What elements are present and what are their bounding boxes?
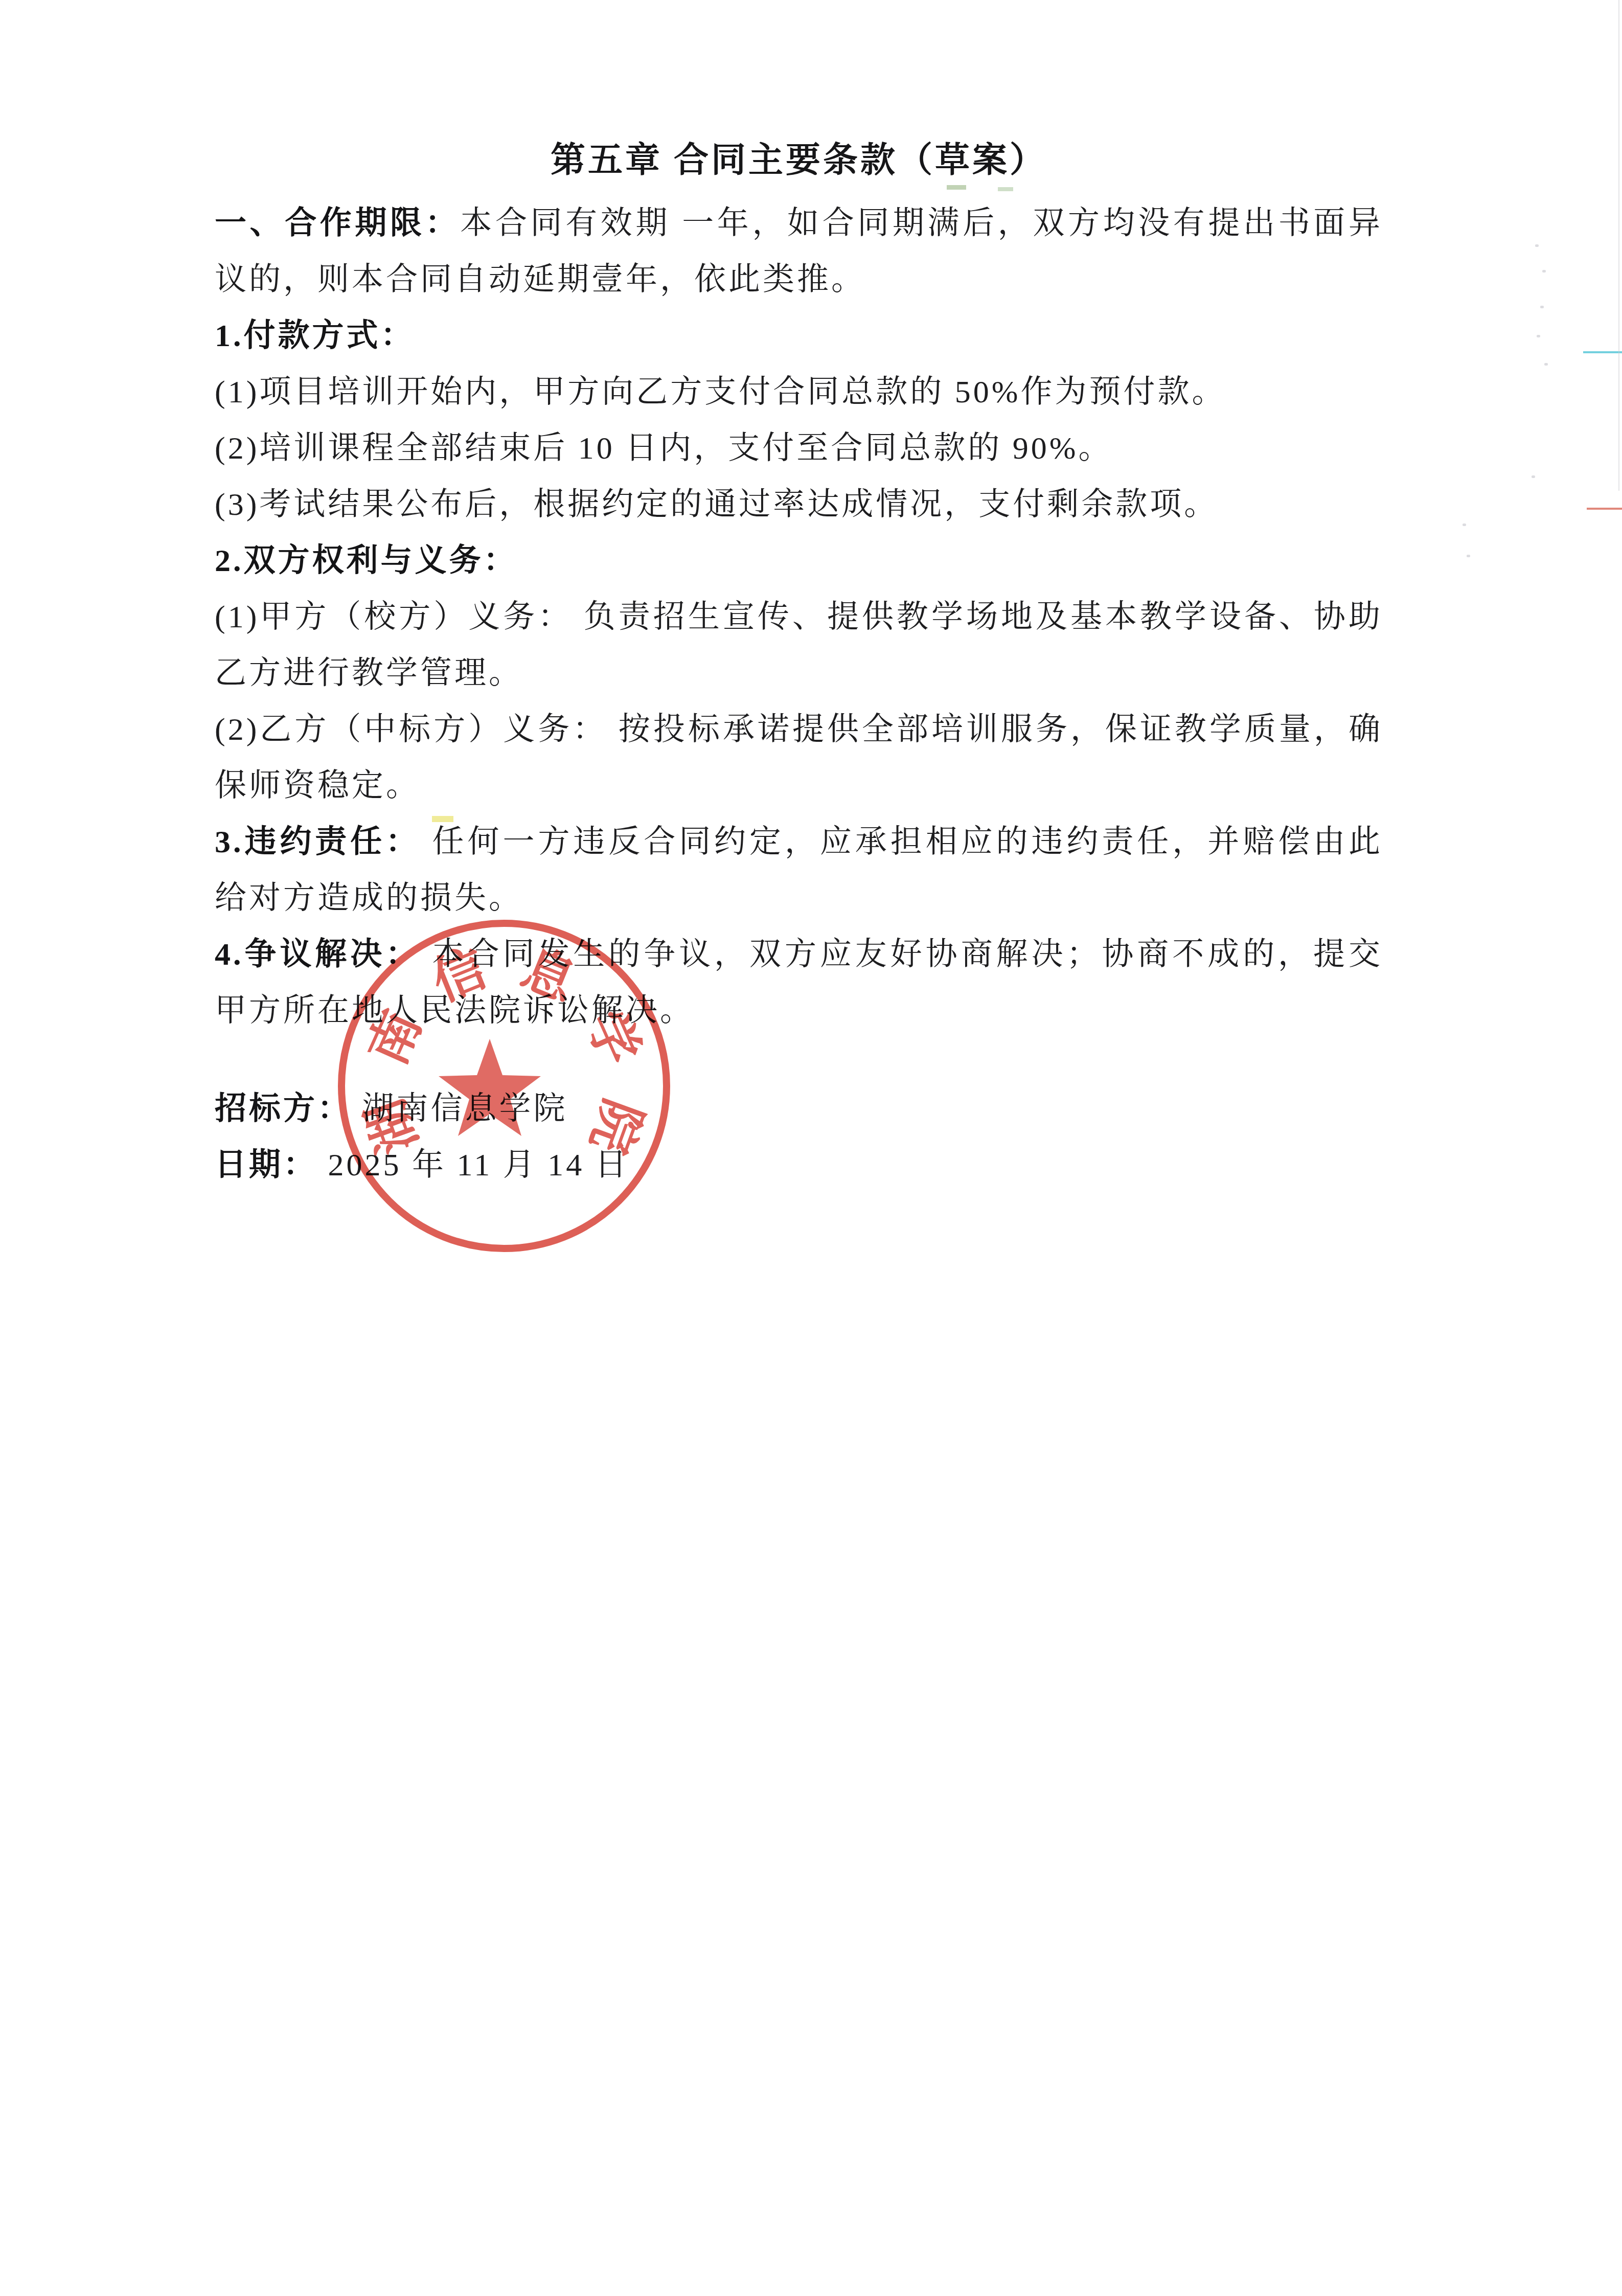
payment-item-2-text: (2)培训课程全部结束后 10 日内，支付至合同总款的 90%。 [215,431,1112,466]
obligation-party-b-text: (2)乙方（中标方）义务： 按投标承诺提供全部培训服务，保证教学质量，确保师资稳… [215,712,1383,803]
payment-item-3-text: (3)考试结果公布后，根据约定的通过率达成情况，支付剩余款项。 [215,487,1218,522]
obligation-party-b: (2)乙方（中标方）义务： 按投标承诺提供全部培训服务，保证教学质量，确保师资稳… [215,701,1383,814]
heading-rights-obligations-label: 2.双方权利与义务： [215,543,518,578]
scan-artifact-speck [1540,306,1544,308]
scan-artifact-red-line [1587,508,1622,510]
tenderer-line: 招标方： 湖南信息学院 [215,1081,1383,1137]
payment-item-1-text: (1)项目培训开始内，甲方向乙方支付合同总款的 50%作为预付款。 [215,375,1226,410]
chapter-title: 第五章 合同主要条款（草案） [215,132,1383,188]
clause-dispute-resolution: 4.争议解决： 本合同发生的争议，双方应友好协商解决；协商不成的，提交甲方所在地… [215,926,1383,1039]
scan-artifact-speck [1535,244,1539,247]
scan-artifact-speck [1467,555,1470,557]
clause-breach-liability-label: 3.违约责任： [215,825,421,859]
scan-artifact-speck [1542,270,1546,272]
clause-cooperation-term: 一、合作期限：本合同有效期 一年，如合同期满后，双方均没有提出书面异议的，则本合… [215,195,1383,308]
tenderer-label: 招标方： [215,1092,352,1126]
heading-payment-method-label: 1.付款方式： [215,319,415,353]
clause-dispute-resolution-label: 4.争议解决： [215,937,421,972]
signature-spacer [215,1039,1383,1081]
scan-artifact-speck [1537,335,1540,337]
clause-cooperation-term-label: 一、合作期限： [215,206,460,241]
scan-artifact-speck [1544,363,1548,366]
scan-artifact-cyan-line [1583,351,1622,353]
heading-payment-method: 1.付款方式： [215,308,1383,364]
payment-item-2: (2)培训课程全部结束后 10 日内，支付至合同总款的 90%。 [215,420,1383,476]
date-value: 2025 年 11 月 14 日 [317,1148,629,1183]
heading-rights-obligations: 2.双方权利与义务： [215,533,1383,589]
scanned-contract-page: 第五章 合同主要条款（草案） 一、合作期限：本合同有效期 一年，如合同期满后，双… [0,0,1622,2296]
payment-item-3: (3)考试结果公布后，根据约定的通过率达成情况，支付剩余款项。 [215,476,1383,533]
contract-body: 第五章 合同主要条款（草案） 一、合作期限：本合同有效期 一年，如合同期满后，双… [215,132,1383,1193]
tenderer-value: 湖南信息学院 [352,1092,568,1126]
date-line: 日期： 2025 年 11 月 14 日 [215,1137,1383,1193]
scan-artifact-edge-line [1618,0,1619,491]
scan-artifact-speck [1463,524,1466,526]
payment-item-1: (1)项目培训开始内，甲方向乙方支付合同总款的 50%作为预付款。 [215,364,1383,420]
scan-artifact-speck [1532,475,1535,478]
obligation-party-a: (1)甲方（校方）义务： 负责招生宣传、提供教学场地及基本教学设备、协助乙方进行… [215,589,1383,701]
obligation-party-a-text: (1)甲方（校方）义务： 负责招生宣传、提供教学场地及基本教学设备、协助乙方进行… [215,600,1383,691]
date-label: 日期： [215,1148,317,1183]
clause-breach-liability: 3.违约责任： 任何一方违反合同约定，应承担相应的违约责任，并赔偿由此给对方造成… [215,814,1383,926]
